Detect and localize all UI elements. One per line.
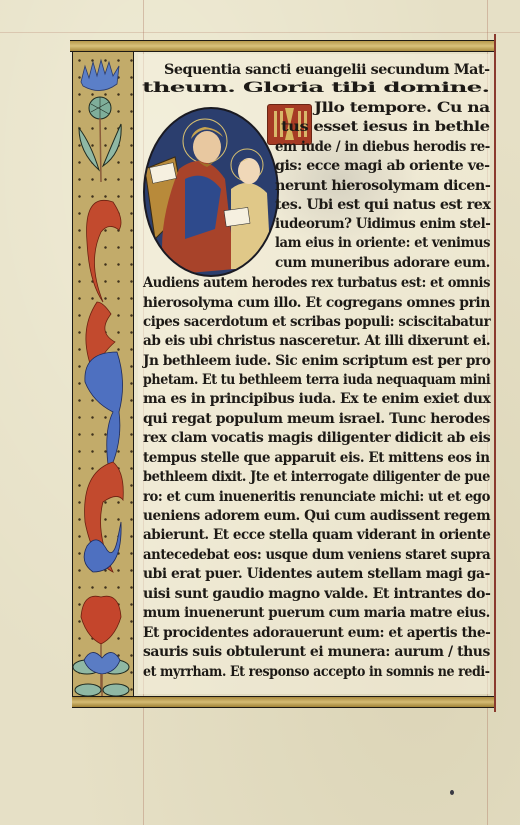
text-line: bethleem dixit. Jte et interrogate dilig… xyxy=(143,469,490,485)
gold-top-bar xyxy=(70,40,494,52)
decorated-border xyxy=(72,52,134,696)
text-line: rex clam vocatis magis diligenter didici… xyxy=(143,430,490,446)
text-line: gis: ecce magi ab oriente ve- xyxy=(275,158,490,174)
text-line: iudeorum? Uidimus enim stel- xyxy=(275,216,490,232)
text-line: qui regat populum meum israel. Tunc hero… xyxy=(143,411,490,427)
gold-bottom-bar xyxy=(72,696,494,708)
text-line: nerunt hierosolymam dicen- xyxy=(275,178,490,194)
text-line: ma es in principibus iuda. Ex te enim ex… xyxy=(143,391,490,407)
red-margin-rule xyxy=(494,34,496,712)
ink-speck xyxy=(450,790,454,795)
text-line: em iude / in diebus herodis re- xyxy=(275,139,490,155)
text-line: ab eis ubi christus nasceretur. At illi … xyxy=(143,333,490,349)
text-line: Et procidentes adorauerunt eum: et apert… xyxy=(143,625,490,641)
text-line: ueniens adorem eum. Qui cum audissent re… xyxy=(143,508,490,524)
text-line: abierunt. Et ecce stella quam viderant i… xyxy=(143,527,490,543)
heading-line: theum. Gloria tibi domine. xyxy=(142,80,489,96)
text-line: Audiens autem herodes rex turbatus est: … xyxy=(143,275,490,291)
text-line: sauris suis obtulerunt ei munera: aurum … xyxy=(143,644,490,660)
text-line: antecedebat eos: usque dum veniens stare… xyxy=(143,547,490,563)
text-line: cum muneribus adorare eum. xyxy=(275,255,490,271)
saint-matthew-miniature xyxy=(143,107,279,277)
text-line: mum inuenerunt puerum cum maria matre ei… xyxy=(143,605,490,621)
text-line: uisi sunt gaudio magno valde. Et intrant… xyxy=(143,586,490,602)
border-flourish-icon xyxy=(73,52,133,696)
text-line: tempus stelle que apparuit eis. Et mitte… xyxy=(143,450,490,466)
text-line: Jn bethleem iude. Sic enim scriptum est … xyxy=(143,353,490,369)
text-line: et myrrham. Et responso accepto in somni… xyxy=(143,664,490,680)
text-line: tes. Ubi est qui natus est rex xyxy=(275,197,490,213)
heading-line: Sequentia sancti euangelii secundum Mat- xyxy=(164,62,490,78)
blue-flower-icon xyxy=(72,640,132,700)
text-line: Jllo tempore. Cu na xyxy=(314,100,490,116)
text-line: lam eius in oriente: et venimus xyxy=(275,235,490,251)
text-line: hierosolyma cum illo. Et cogregans omnes… xyxy=(143,295,490,311)
text-line: tus esset iesus in bethle xyxy=(281,119,490,135)
manuscript-page: Sequentia sancti euangelii secundum Mat-… xyxy=(0,0,520,825)
text-line: ro: et cum inueneritis renunciate michi:… xyxy=(143,489,490,505)
text-line: phetam. Et tu bethleem terra iuda nequaq… xyxy=(143,372,490,388)
text-line: ubi erat puer. Uidentes autem stellam ma… xyxy=(143,566,490,582)
text-line: cipes sacerdotum et scribas populi: scis… xyxy=(143,314,490,330)
ruling-line xyxy=(0,32,520,33)
